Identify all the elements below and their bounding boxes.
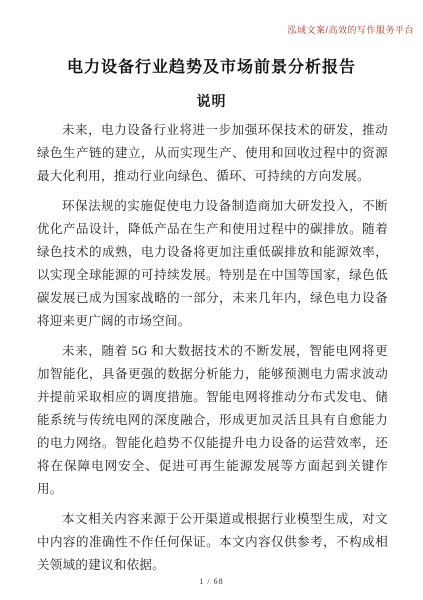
body-paragraph: 本文相关内容来源于公开渠道或根据行业模型生成，对文中内容的准确性不作任何保证。本… [37, 508, 388, 577]
document-page: 泓域文案/高效的写作服务平台 电力设备行业趋势及市场前景分析报告 说明 未来，电… [0, 0, 423, 600]
body-paragraph: 未来，随着 5G 和大数据技术的不断发展，智能电网将更加智能化，具备更强的数据分… [37, 340, 388, 501]
body-paragraph: 未来，电力设备行业将进一步加强环保技术的研发，推动绿色生产链的建立，从而实现生产… [37, 119, 388, 188]
section-heading: 说明 [0, 92, 423, 110]
page-number: 1 / 68 [0, 577, 423, 586]
body-paragraph: 环保法规的实施促使电力设备制造商加大研发投入，不断优化产品设计，降低产品在生产和… [37, 195, 388, 333]
document-title: 电力设备行业趋势及市场前景分析报告 [20, 57, 403, 79]
brand-watermark: 泓域文案/高效的写作服务平台 [287, 25, 414, 36]
document-body: 未来，电力设备行业将进一步加强环保技术的研发，推动绿色生产链的建立，从而实现生产… [0, 119, 423, 577]
